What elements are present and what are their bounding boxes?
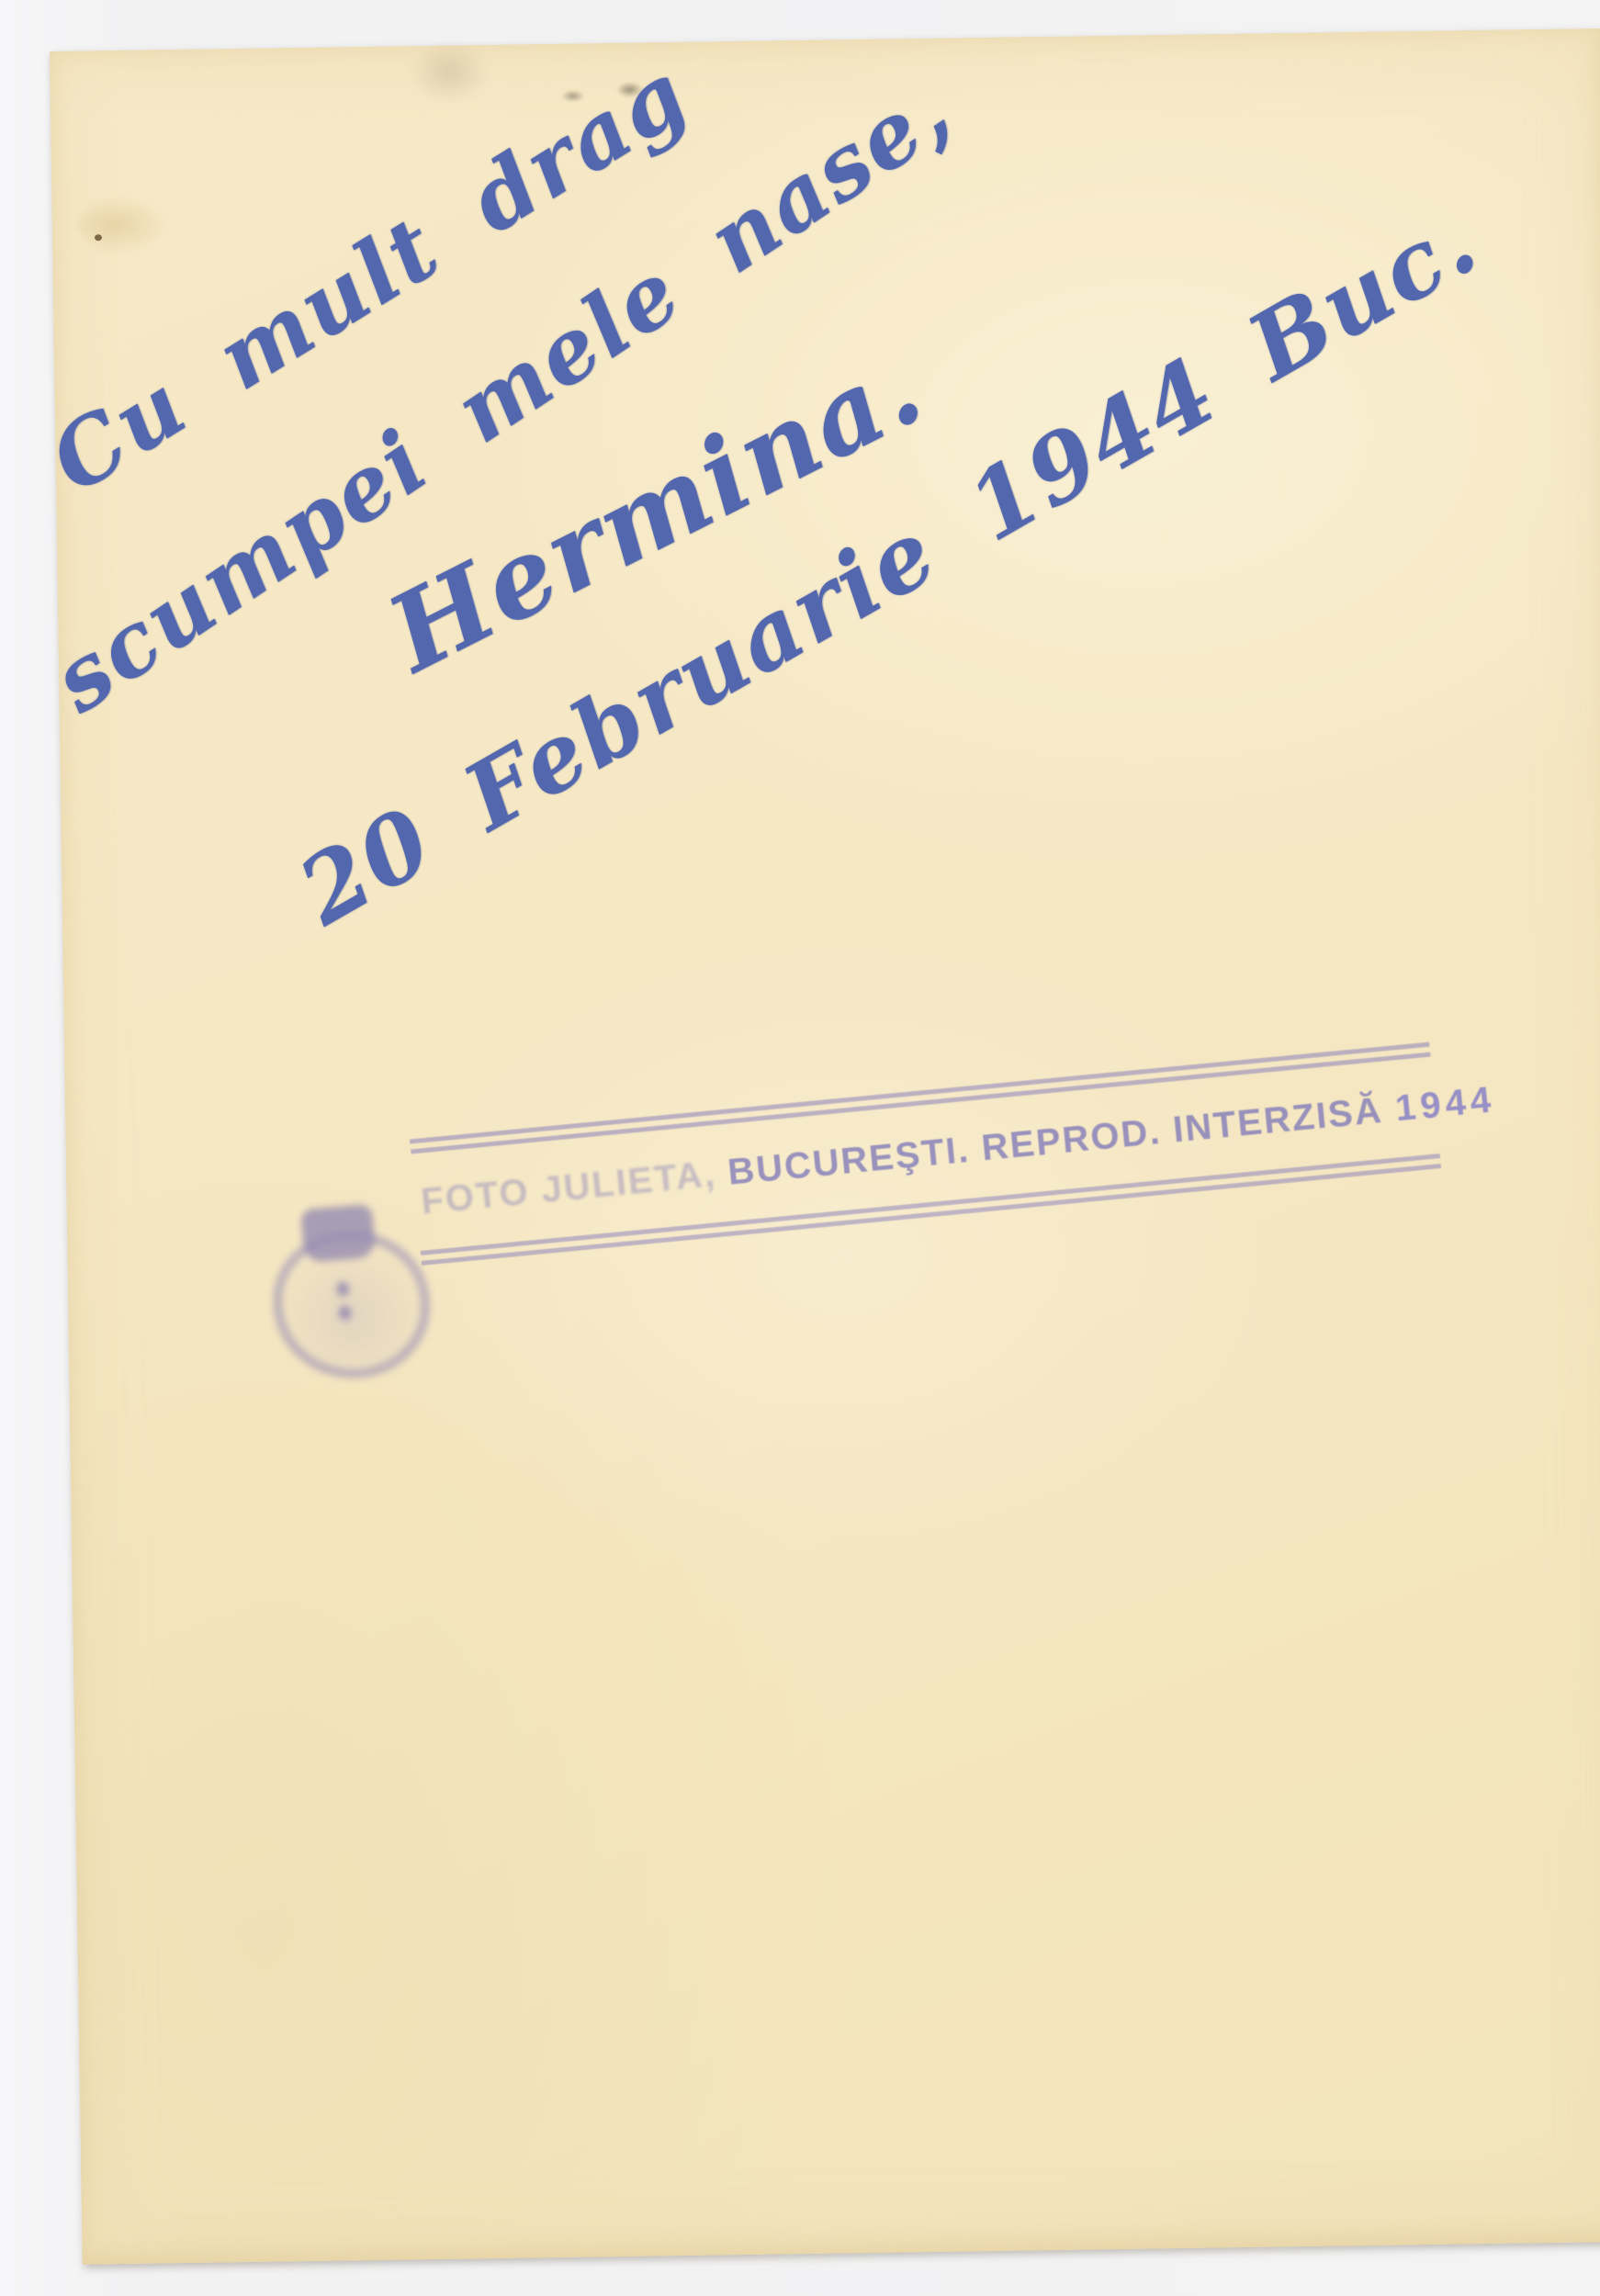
- tan-stain: [77, 195, 170, 254]
- crown-icon: [300, 1204, 377, 1263]
- photographer-stamp: FOTO JULIETA, BUCUREŞTI. REPROD. INTERZI…: [410, 1042, 1441, 1266]
- stamp-text: FOTO JULIETA, BUCUREŞTI. REPROD. INTERZI…: [413, 1079, 1496, 1223]
- stamp-studio-name: FOTO JULIETA,: [419, 1154, 717, 1221]
- stamp-year: 1944: [1380, 1079, 1497, 1130]
- photo-paper-verso: Cu mult drag scumpei mele nase, Hermina.…: [50, 28, 1600, 2265]
- scan-background: { "inscription": { "language": "Romanian…: [0, 0, 1600, 2296]
- stamp-city-and-notice: BUCUREŞTI. REPROD. INTERZISĂ: [714, 1089, 1384, 1193]
- edge-smudge: [408, 39, 491, 105]
- crown-crest-icon: [265, 1200, 425, 1368]
- brown-speck: [95, 234, 102, 241]
